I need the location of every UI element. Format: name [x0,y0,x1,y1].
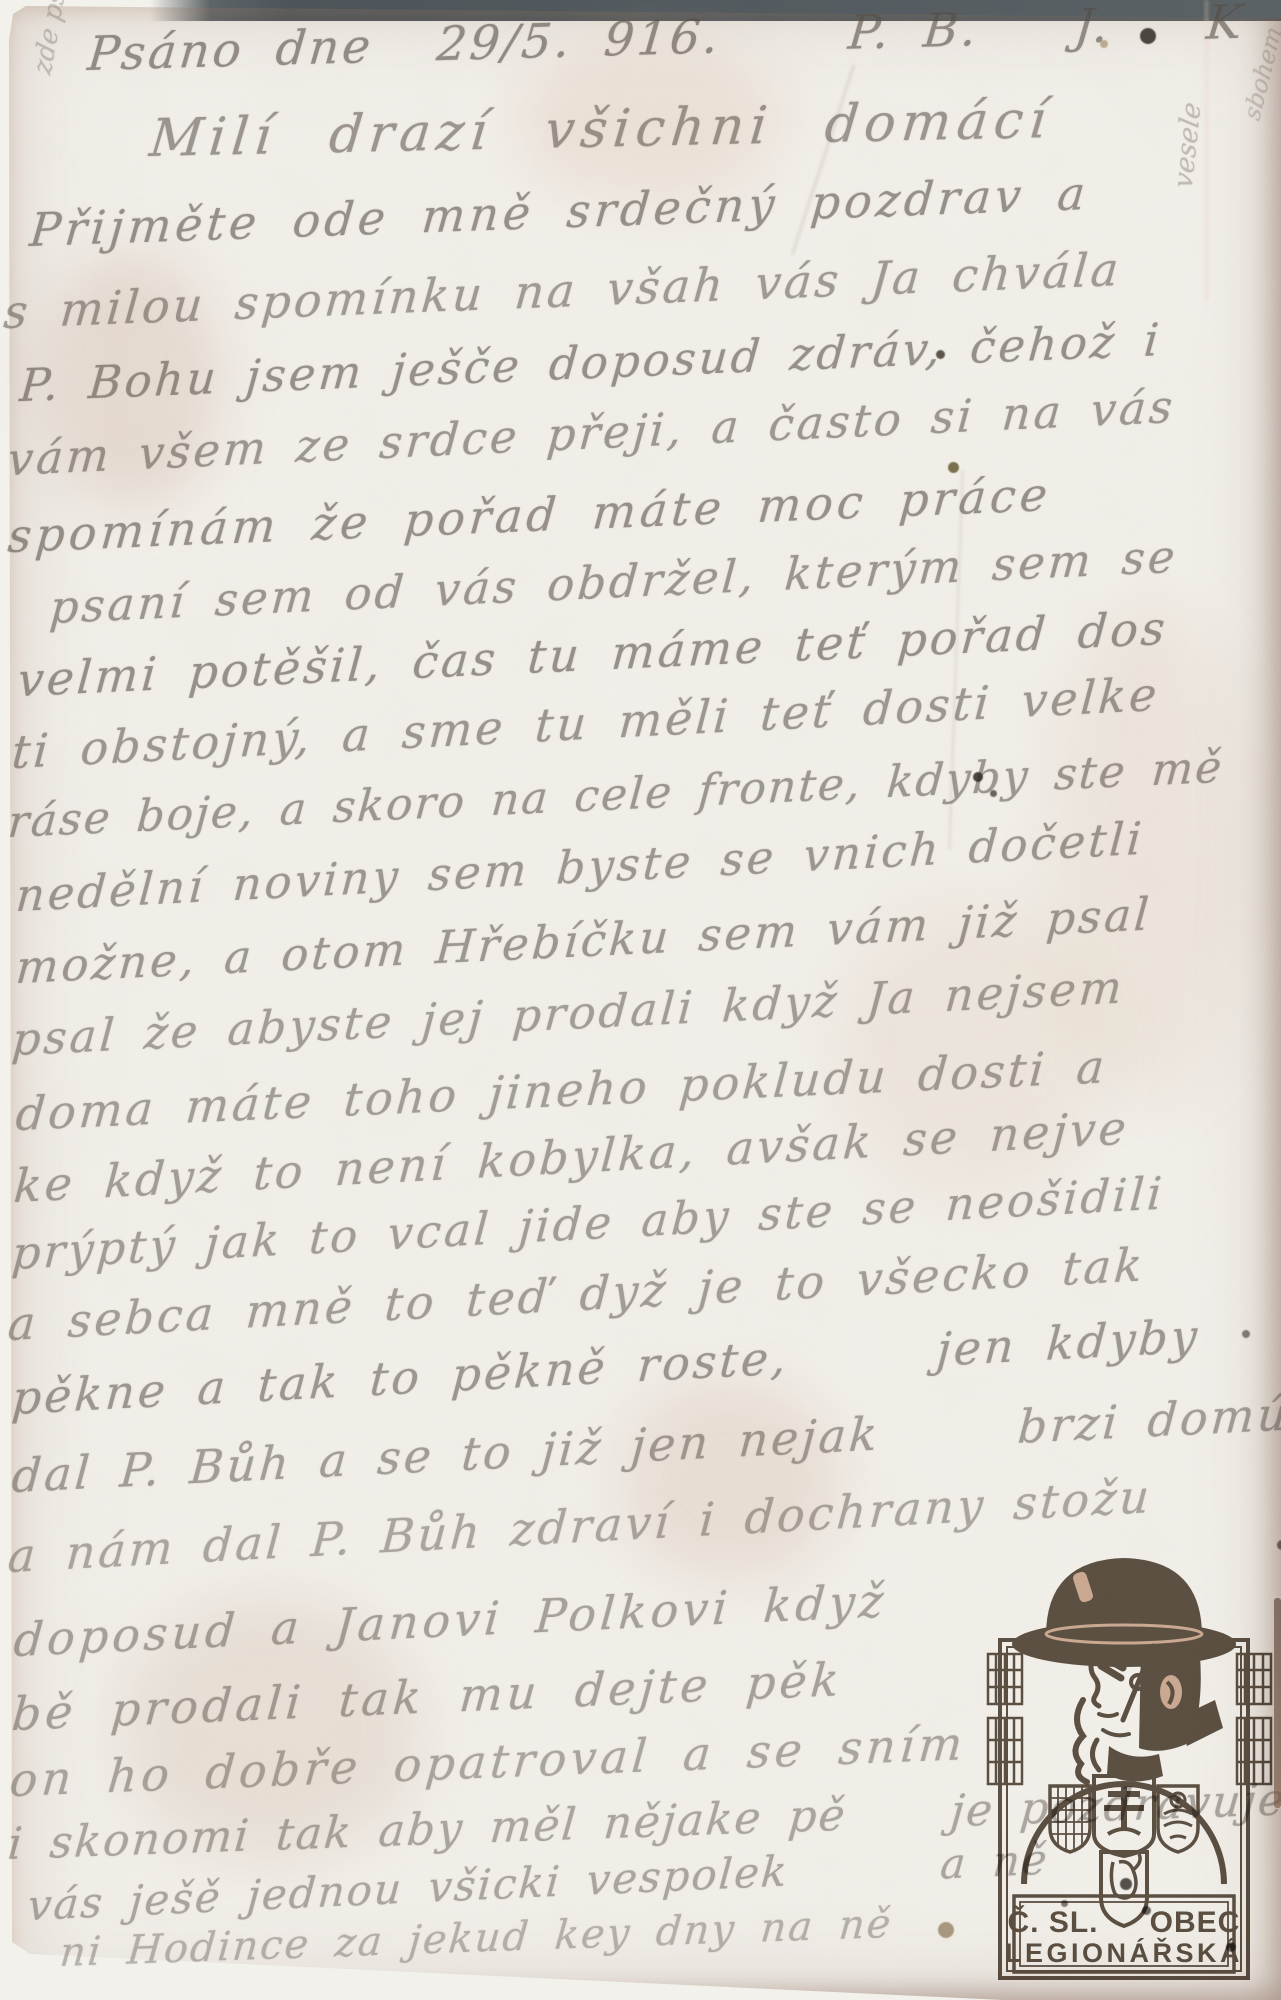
ink-speck [938,1922,954,1938]
stamp-text-csl: Č. SL. [1007,1905,1098,1939]
legion-stamp: Č. SL. OBEC LEGIONÁŘSKÁ [984,1550,1281,2000]
ink-speck [1242,1330,1250,1338]
ink-speck [936,350,945,359]
ink-speck [973,772,983,782]
ink-speck [990,790,997,797]
ink-speck [1277,1540,1281,1550]
ink-speck [1100,40,1108,48]
ink-speck [1140,28,1156,44]
handwriting-line: Milí drazí všichni domácí [147,93,1054,167]
stamp-text-obec: OBEC [1150,1906,1241,1939]
handwriting-line: Psáno dne 29/5. 916. P. B. J. K [86,0,1247,79]
handwriting-line: Přijměte ode mně srdečný pozdrav a [28,169,1091,254]
stamp-text-legionarska: LEGIONÁŘSKÁ [1005,1937,1243,1968]
ink-speck [948,462,959,473]
handwriting-line: doposud a Janovi Polkovi když [12,1576,889,1664]
soldier-icon [1012,1558,1236,1782]
